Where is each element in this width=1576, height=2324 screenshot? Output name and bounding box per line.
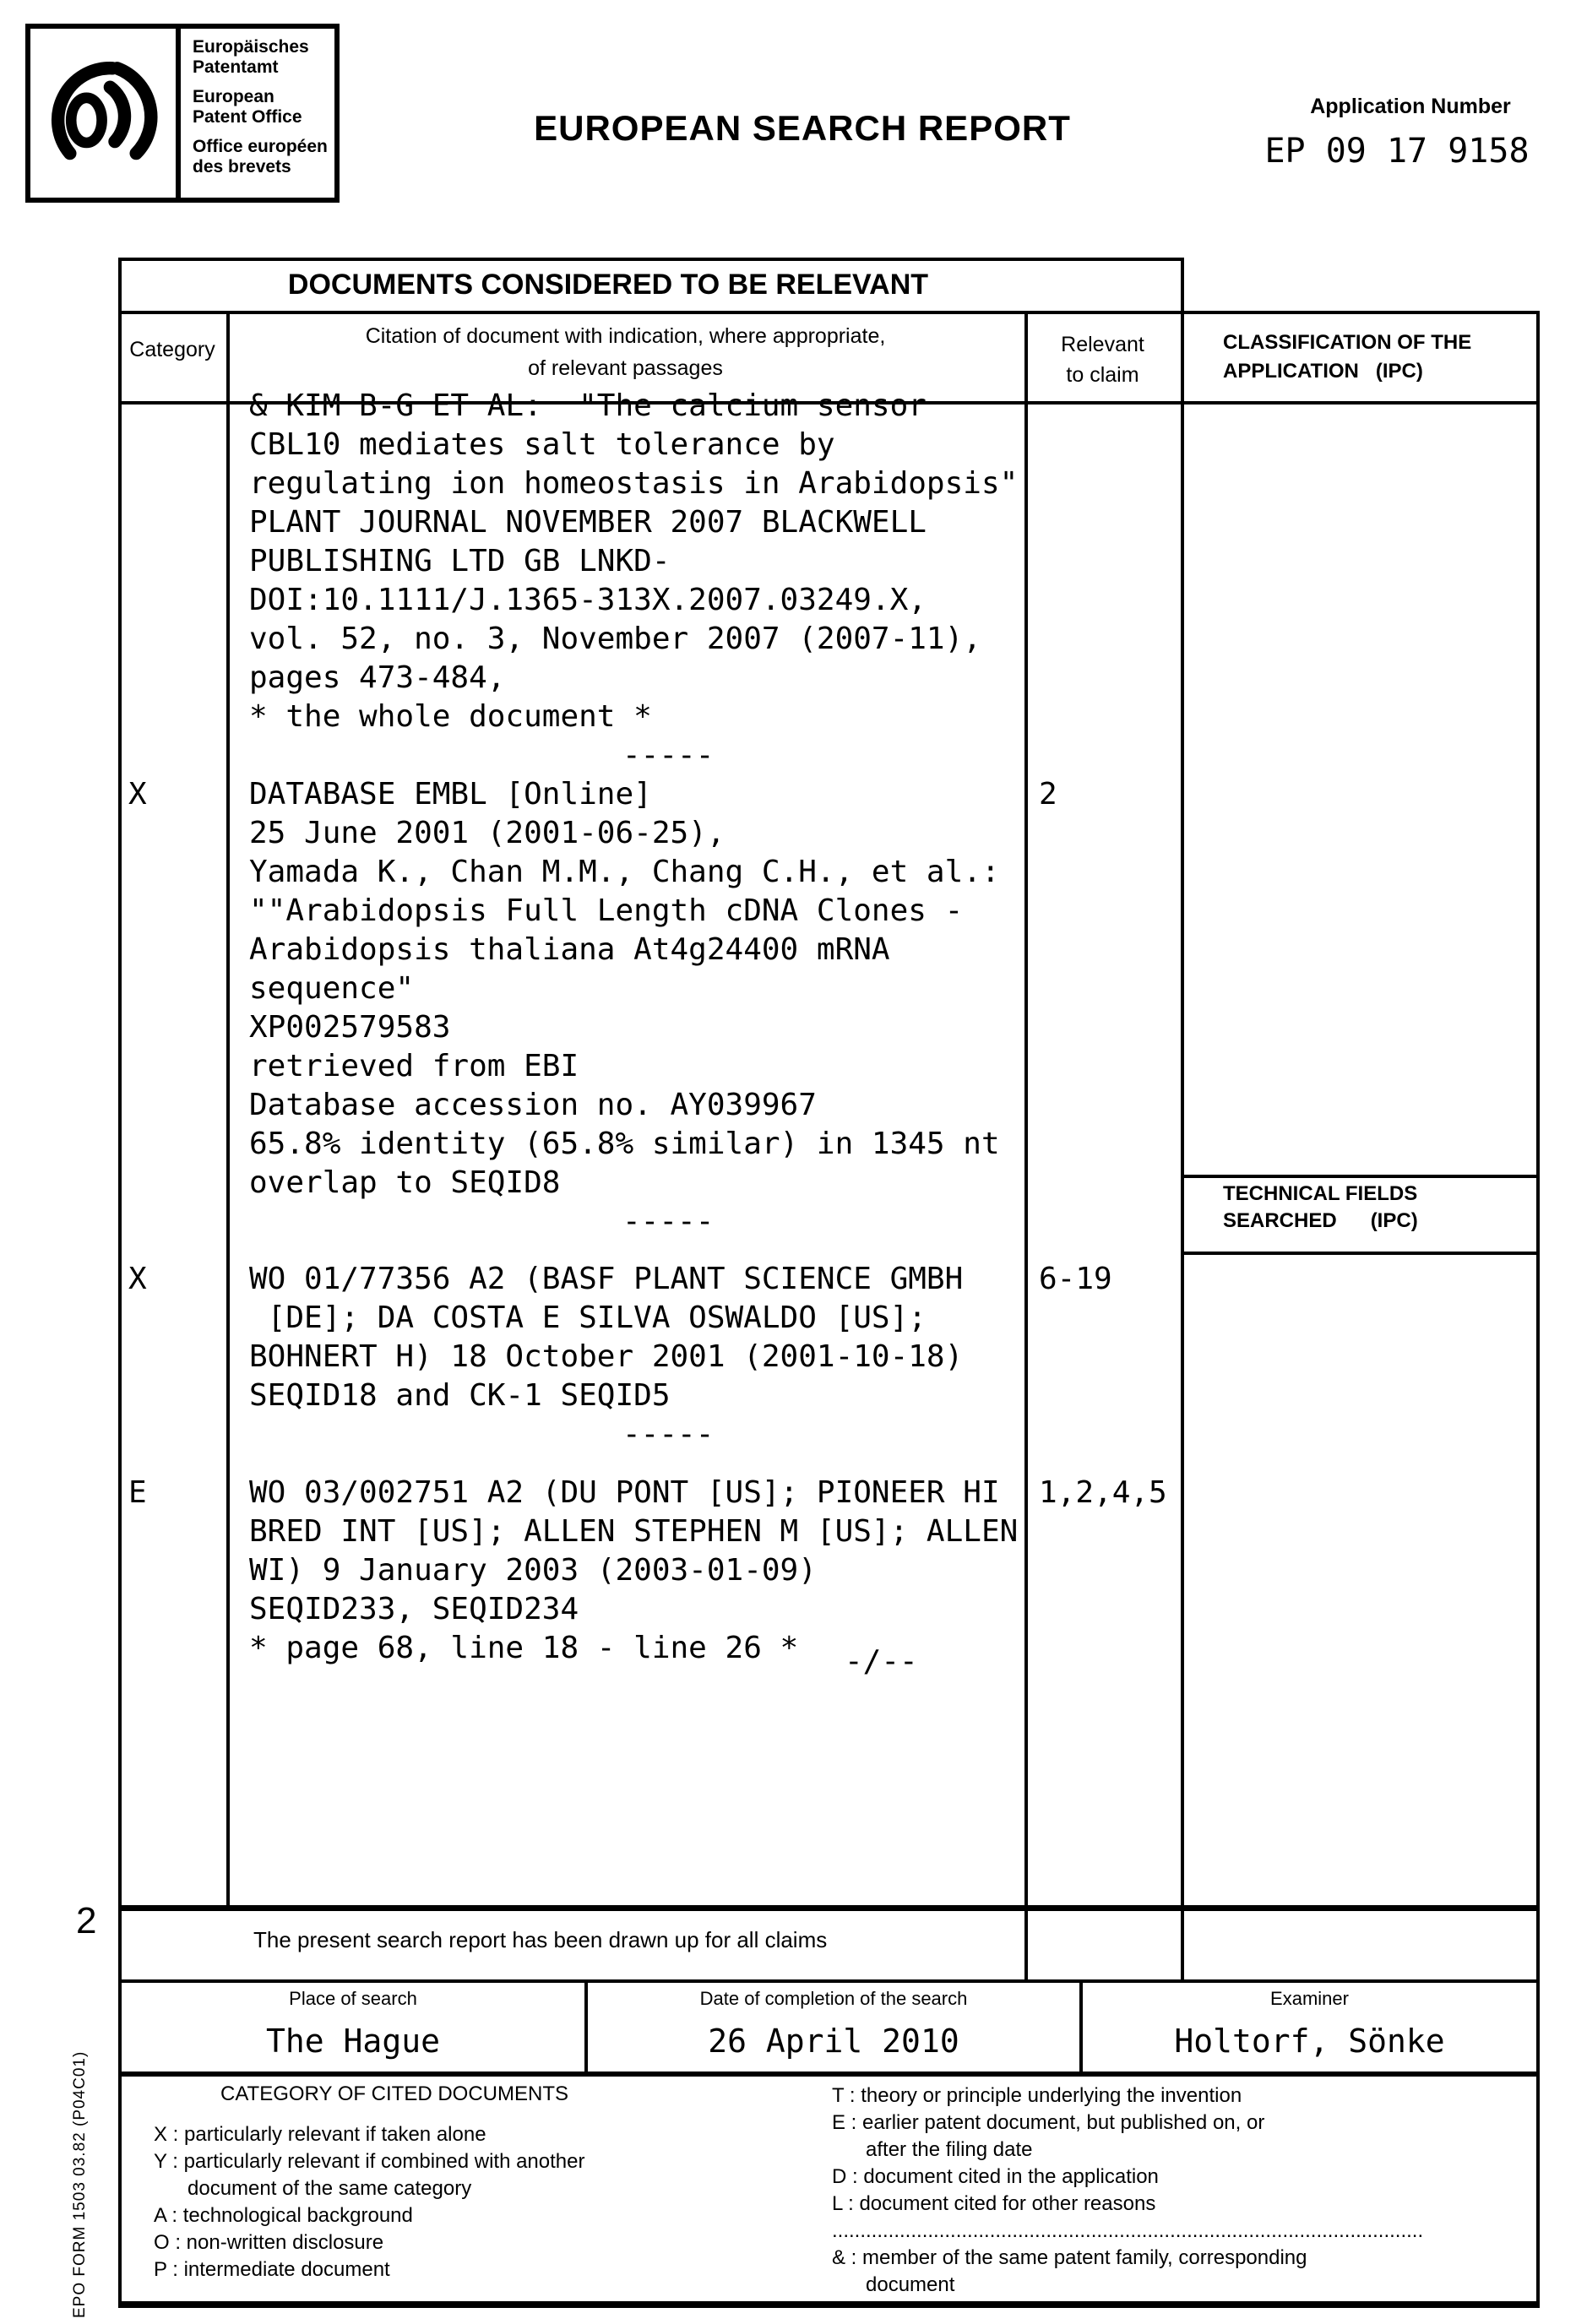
- column-header-classification: APPLICATION (IPC): [1223, 360, 1423, 383]
- column-header-classification: CLASSIFICATION OF THE: [1223, 331, 1471, 355]
- column-header-citation: of relevant passages: [226, 356, 1024, 381]
- logo-text-en: European Patent Office: [193, 87, 334, 128]
- citation-entry: DATABASE EMBL [Online] 25 June 2001 (200…: [249, 775, 1000, 1203]
- search-report-page: Europäisches Patentamt European Patent O…: [0, 0, 1576, 2324]
- table-line-heavy: [118, 2301, 1540, 2308]
- legend-cited-meanings: T : theory or principle underlying the i…: [832, 2082, 1423, 2299]
- continuation-mark: -/--: [845, 1643, 918, 1681]
- legend-cited-categories: X : particularly relevant if taken alone…: [154, 2121, 584, 2283]
- place-of-search-label: Place of search: [122, 1988, 584, 2010]
- examiner-value: Holtorf, Sönke: [1083, 2023, 1536, 2060]
- relevant-to-claim-value: 1,2,4,5: [1039, 1474, 1167, 1512]
- table-line: [1181, 258, 1184, 1979]
- date-of-completion-label: Date of completion of the search: [588, 1988, 1079, 2010]
- table-line: [118, 1979, 1540, 1983]
- technical-fields-header: SEARCHED (IPC): [1223, 1209, 1418, 1233]
- application-number-label: Application Number: [1267, 95, 1554, 119]
- table-line: [1181, 1252, 1540, 1255]
- category-value: E: [128, 1474, 147, 1512]
- epo-logo: [30, 29, 181, 198]
- technical-fields-header: TECHNICAL FIELDS: [1223, 1182, 1417, 1206]
- page-title: EUROPEAN SEARCH REPORT: [473, 108, 1132, 149]
- application-number-value: EP 09 17 9158: [1240, 132, 1554, 171]
- citation-entry: WO 03/002751 A2 (DU PONT [US]; PIONEER H…: [249, 1474, 1018, 1668]
- table-line: [118, 311, 1540, 314]
- place-of-search-value: The Hague: [122, 2023, 584, 2060]
- column-header-citation: Citation of document with indication, wh…: [226, 324, 1024, 349]
- epo-logo-text: Europäisches Patentamt European Patent O…: [181, 29, 334, 198]
- epo-form-number: EPO FORM 1503 03.82 (P04C01): [71, 2014, 90, 2318]
- column-header-category: Category: [118, 338, 226, 362]
- entry-separator: -----: [622, 1203, 714, 1241]
- epo-logo-icon: [44, 41, 162, 185]
- legend-title: CATEGORY OF CITED DOCUMENTS: [152, 2082, 637, 2106]
- logo-text-fr: Office européen des brevets: [193, 137, 334, 177]
- table-line: [118, 258, 1184, 261]
- citation-entry: & KIM B-G ET AL: "The calcium sensor CBL…: [249, 387, 1018, 736]
- date-of-completion-value: 26 April 2010: [588, 2023, 1079, 2060]
- sheet-number: 2: [76, 1900, 96, 1942]
- table-line: [226, 311, 230, 1905]
- table-line: [1181, 1175, 1540, 1178]
- category-value: X: [128, 1260, 147, 1299]
- table-line: [1536, 311, 1540, 2308]
- documents-table-heading: DOCUMENTS CONSIDERED TO BE RELEVANT: [118, 269, 1098, 301]
- relevant-to-claim-value: 6-19: [1039, 1260, 1112, 1299]
- examiner-label: Examiner: [1083, 1988, 1536, 2010]
- drawn-up-statement: The present search report has been drawn…: [253, 1927, 827, 1953]
- table-line-heavy: [118, 2072, 1540, 2077]
- citation-entry: WO 01/77356 A2 (BASF PLANT SCIENCE GMBH …: [249, 1260, 963, 1415]
- relevant-to-claim-value: 2: [1039, 775, 1057, 814]
- epo-logo-box: Europäisches Patentamt European Patent O…: [25, 24, 340, 203]
- entry-separator: -----: [622, 736, 714, 775]
- column-header-relevant: to claim: [1024, 363, 1181, 388]
- category-value: X: [128, 775, 147, 814]
- table-line: [1024, 311, 1028, 1979]
- entry-separator: -----: [622, 1415, 714, 1454]
- logo-text-de: Europäisches Patentamt: [193, 37, 334, 78]
- table-line-heavy: [118, 1905, 1540, 1911]
- column-header-relevant: Relevant: [1024, 333, 1181, 357]
